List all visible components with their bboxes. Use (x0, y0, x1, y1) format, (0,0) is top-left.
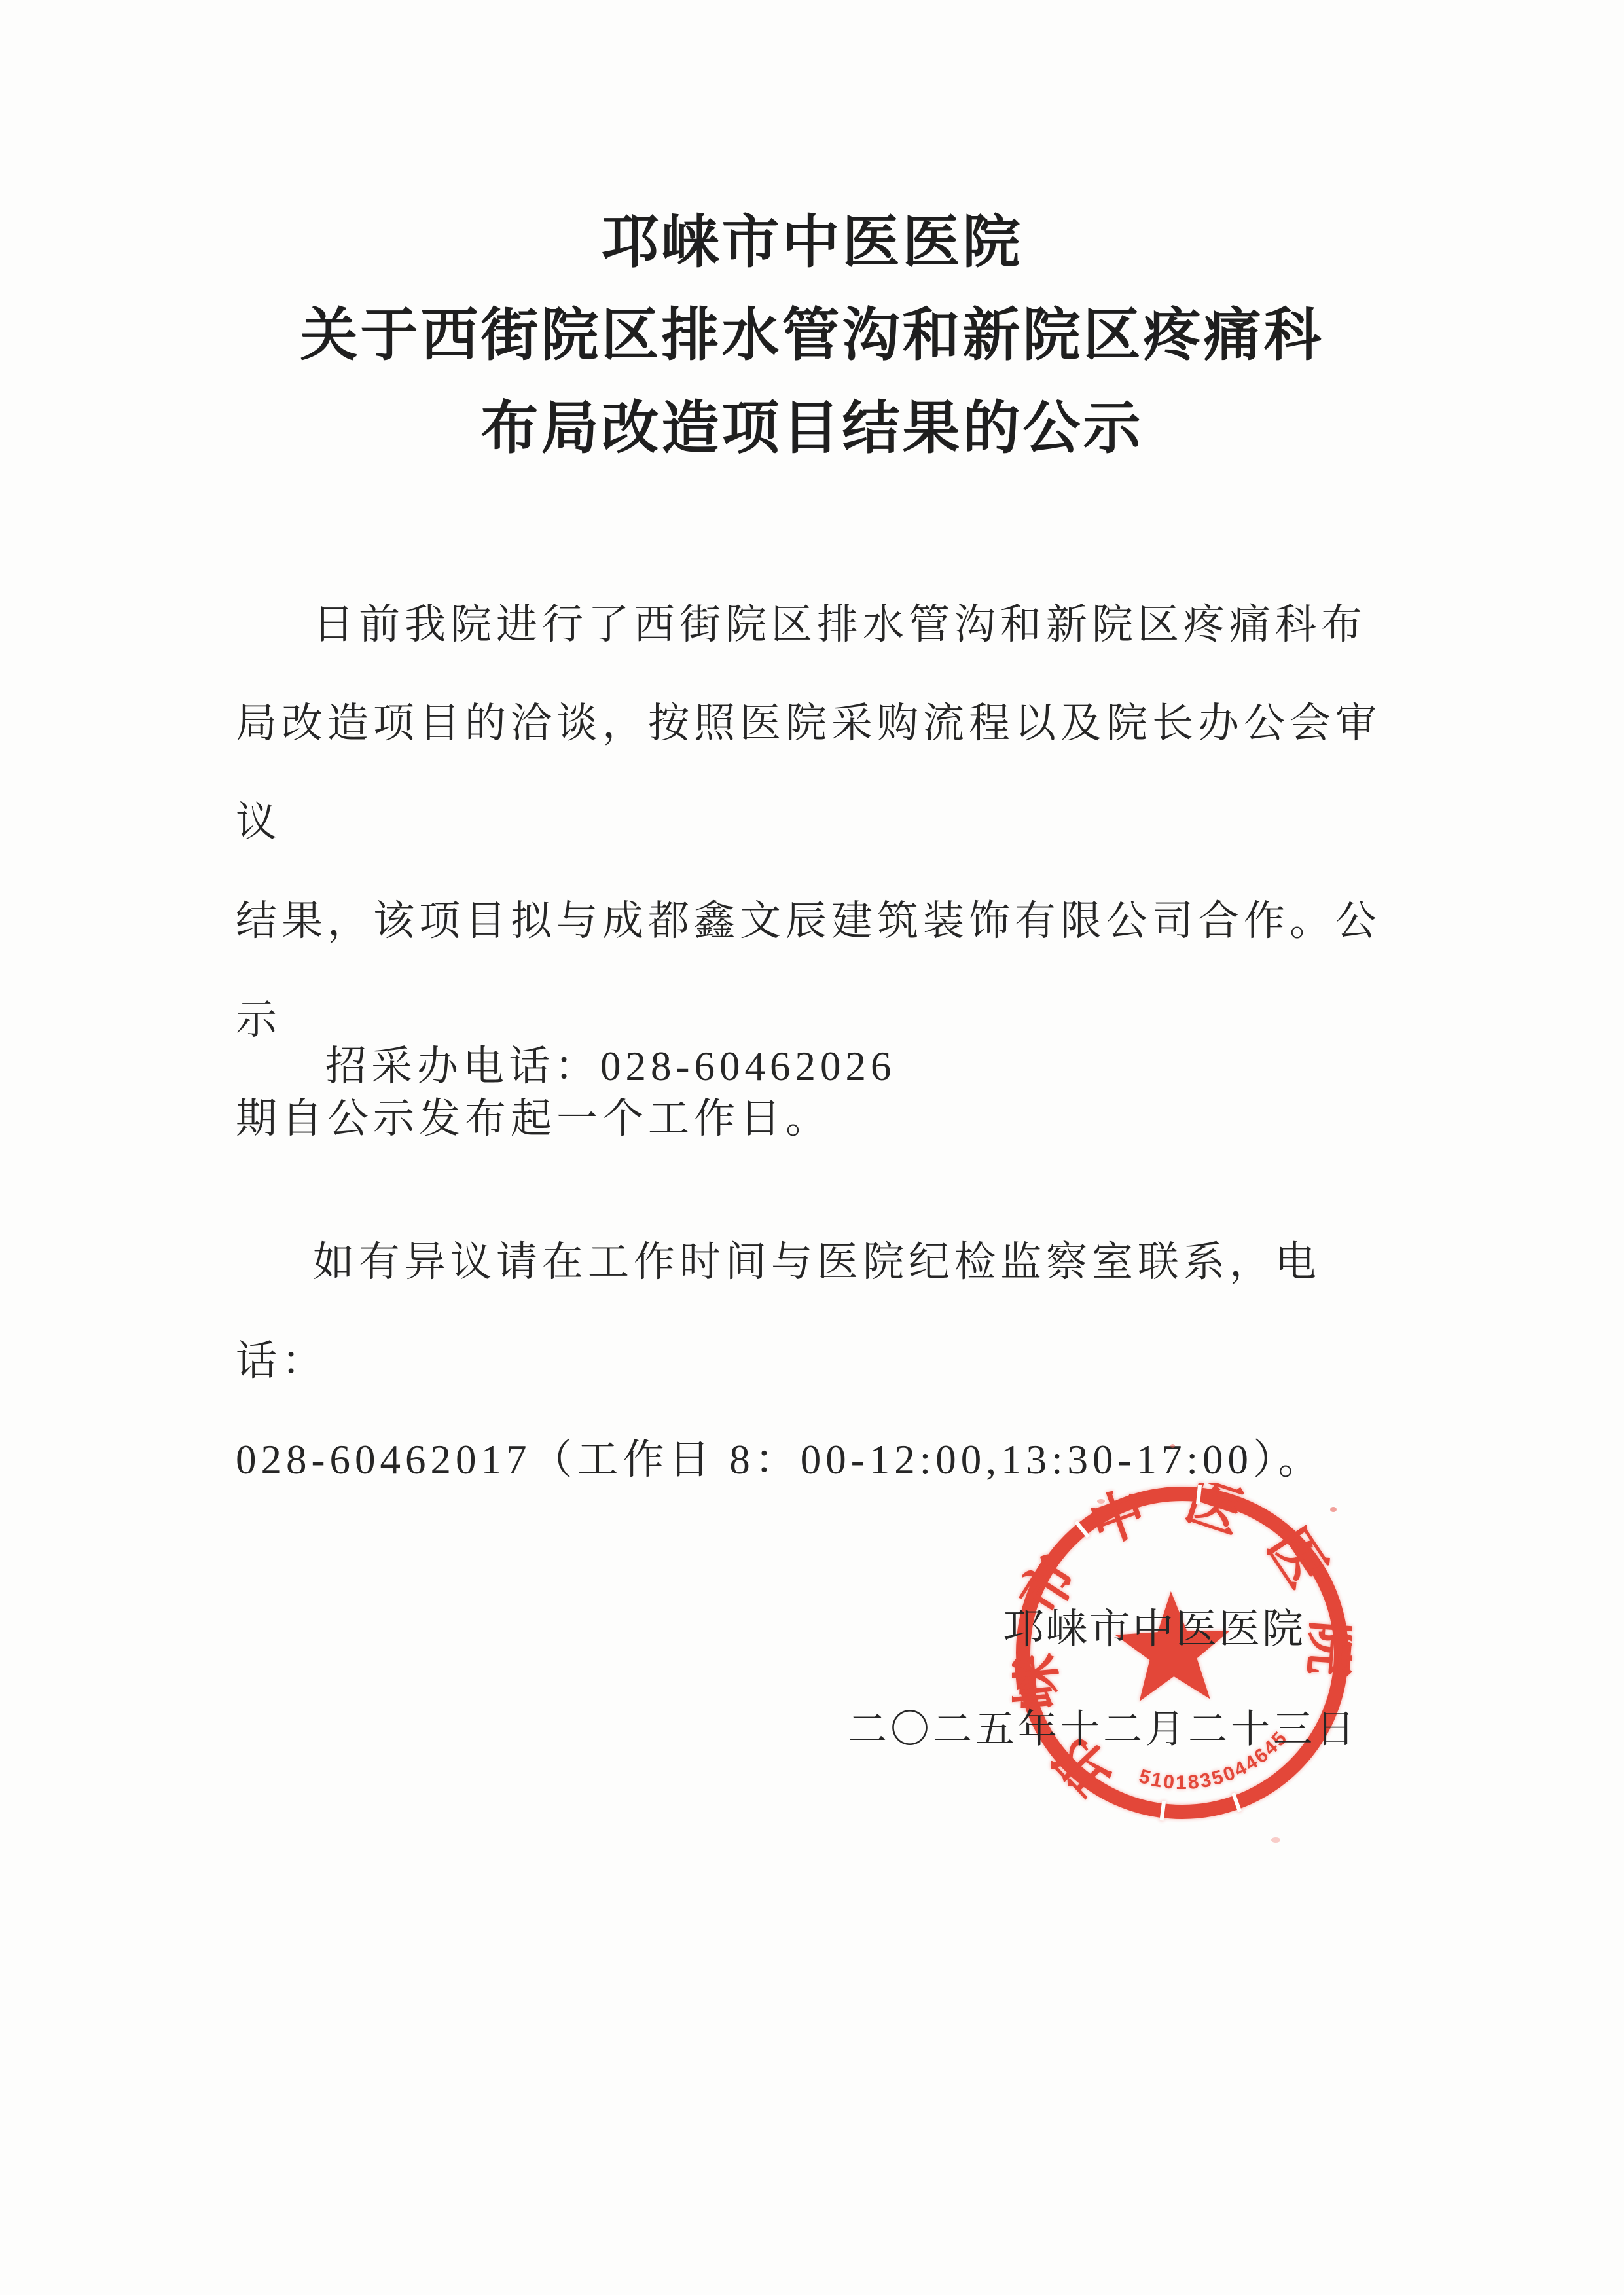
ink-speck (1271, 1837, 1280, 1843)
paragraph-line: 如有异议请在工作时间与医院纪检监察室联系，电话： (236, 1213, 1407, 1411)
title-line-2: 关于西街院区排水管沟和新院区疼痛科 (0, 289, 1624, 382)
paragraph-line: 日前我院进行了西街院区排水管沟和新院区疼痛科布 (236, 575, 1407, 674)
document-title: 邛崃市中医医院 关于西街院区排水管沟和新院区疼痛科 布局改造项目结果的公示 (0, 196, 1624, 475)
paragraph-line: 局改造项目的洽谈，按照医院采购流程以及院长办公会审议 (236, 674, 1407, 872)
document-page: 邛崃市中医医院 关于西街院区排水管沟和新院区疼痛科 布局改造项目结果的公示 日前… (0, 0, 1624, 2295)
ink-speck (1170, 1444, 1175, 1448)
title-line-3: 布局改造项目结果的公示 (0, 382, 1624, 475)
signature-date: 二〇二五年十二月二十三日 (848, 1680, 1358, 1779)
title-line-1: 邛崃市中医医院 (0, 196, 1624, 289)
body-paragraph-2: 如有异议请在工作时间与医院纪检监察室联系，电话： 028-60462017（工作… (236, 1213, 1407, 1509)
signature-org: 邛崃市中医医院 (1003, 1580, 1305, 1679)
procurement-phone-line: 招采办电话：028-60462026 (325, 1017, 895, 1116)
